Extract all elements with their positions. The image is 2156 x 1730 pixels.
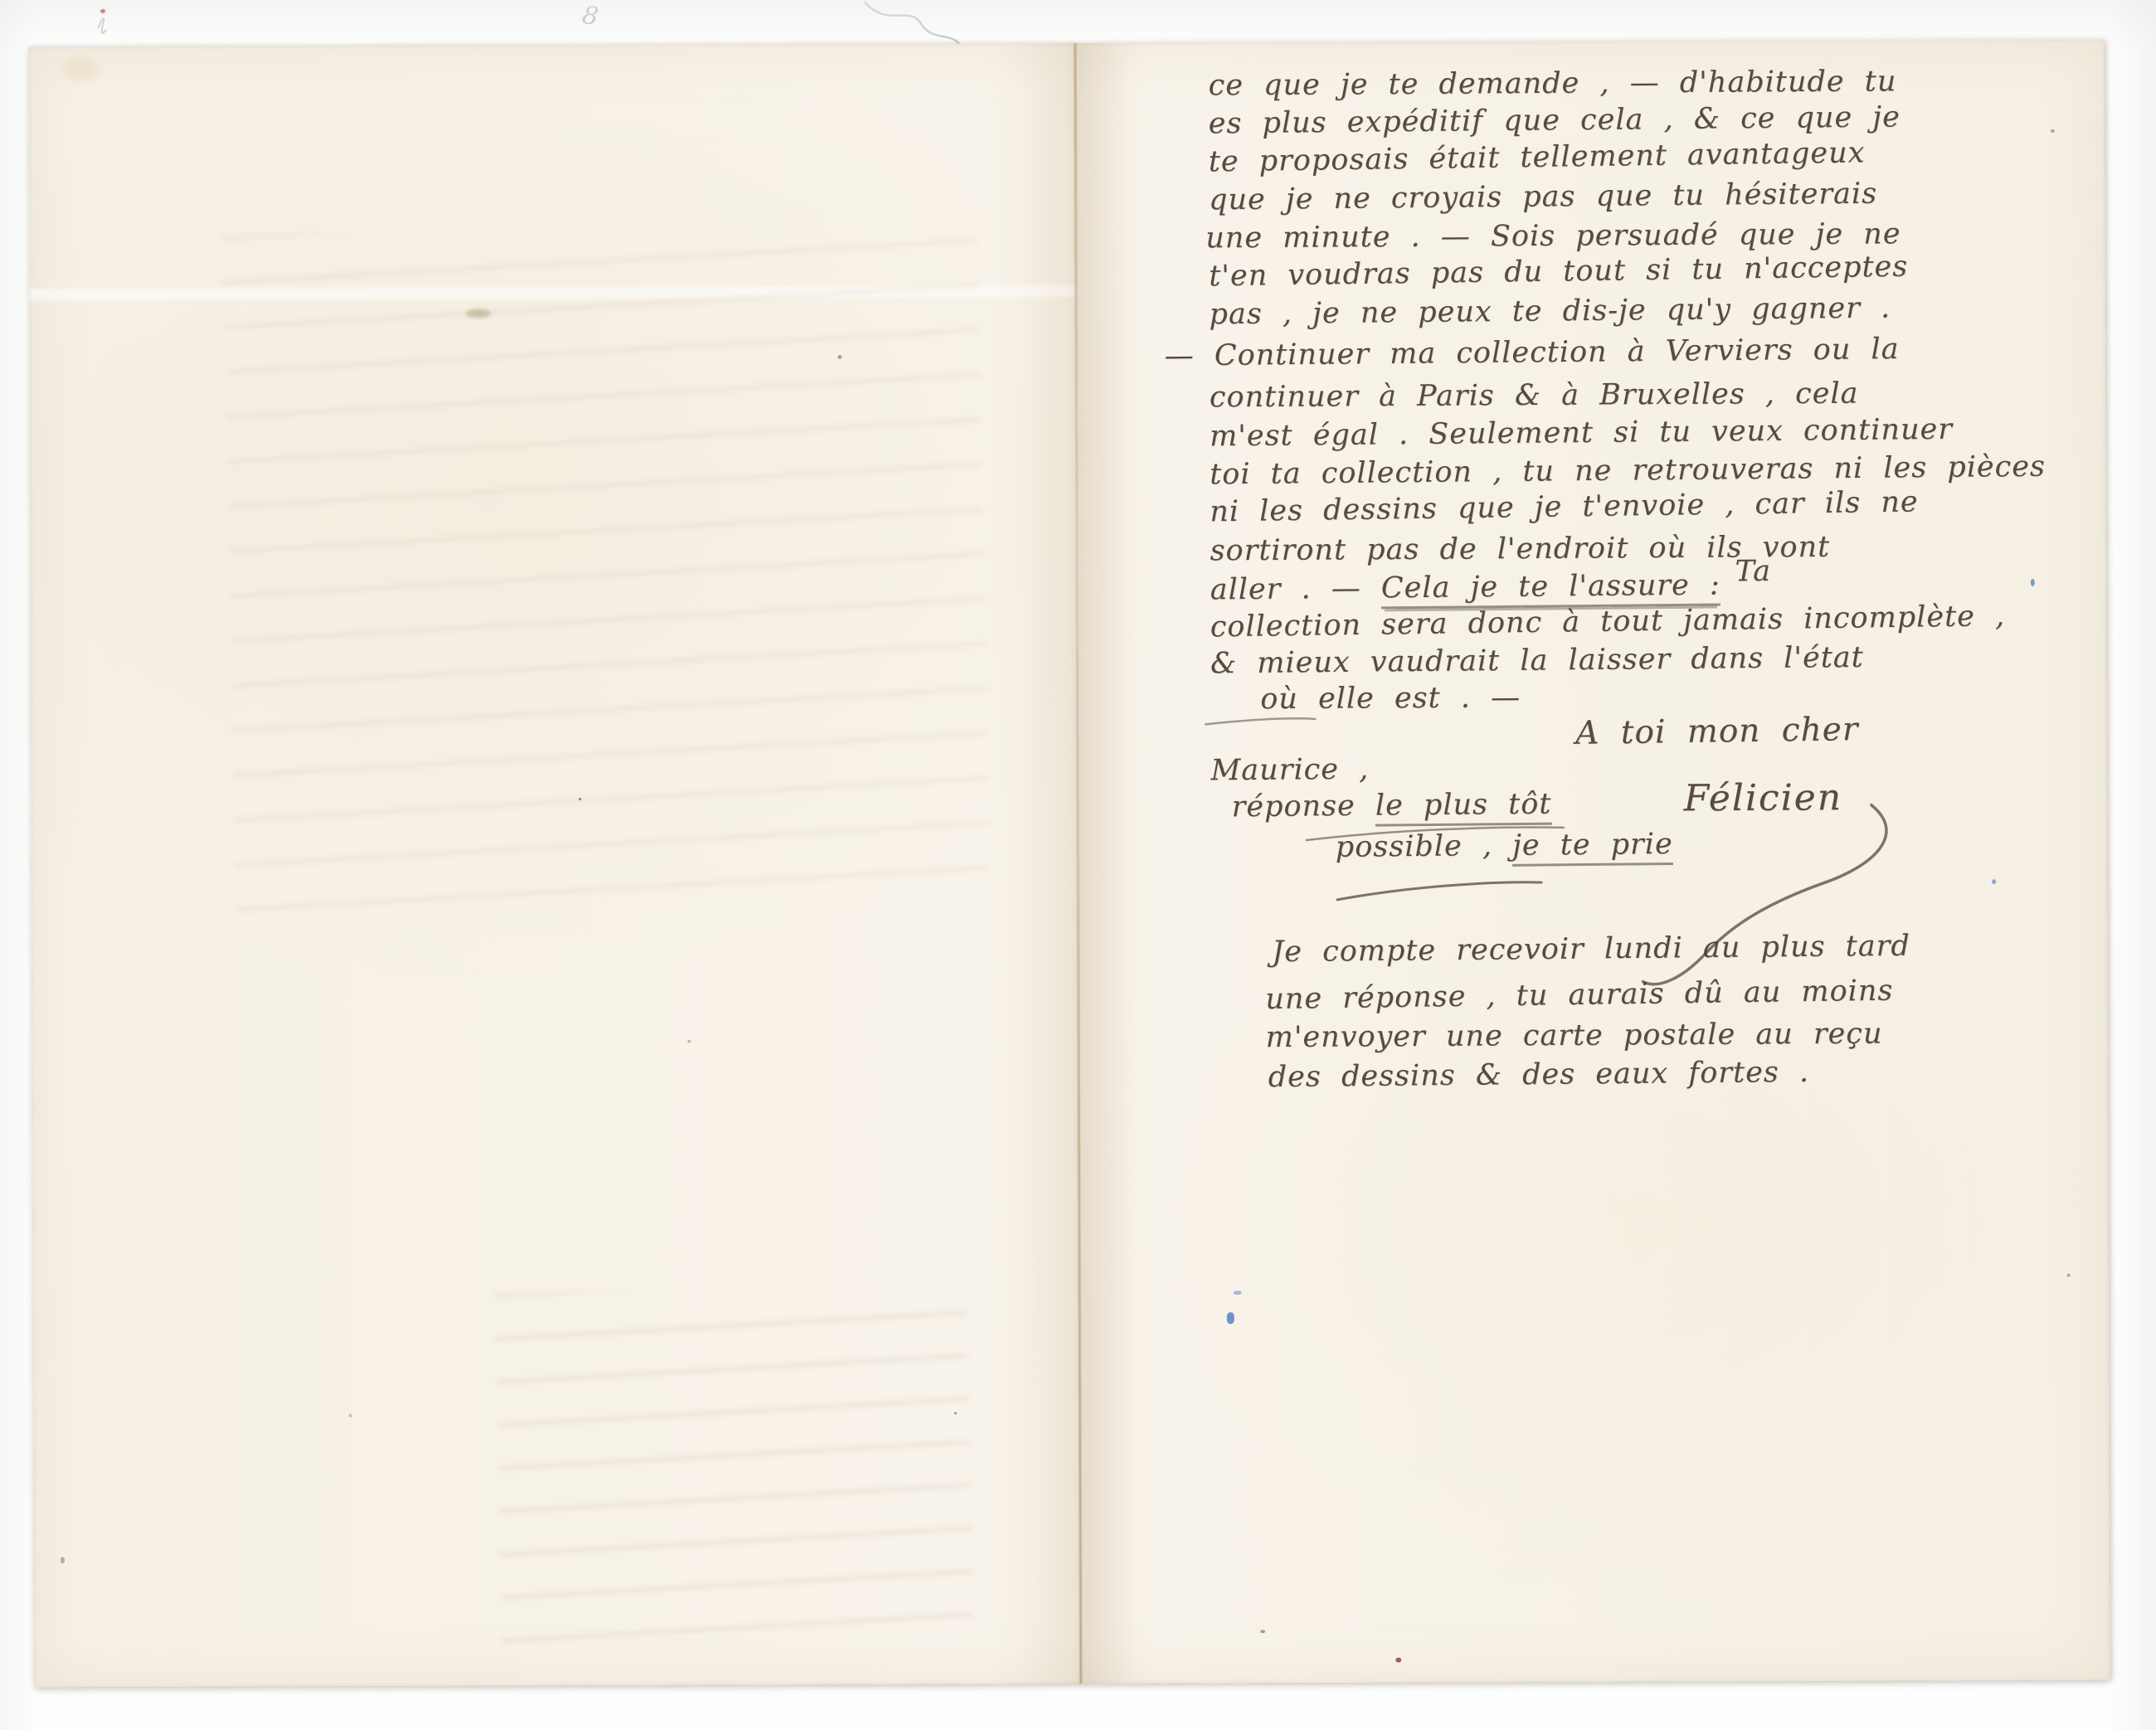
postscript-line: Je compte recevoir lundi au plus tard — [1272, 930, 1910, 969]
postscript-line: une réponse , tu aurais dû au moins — [1265, 974, 1894, 1017]
closing-possible-line: possible , je te prie — [1336, 828, 1673, 864]
fold-crease — [1074, 43, 1083, 1684]
letter-body: ce que je te demande , — d'habitude tu e… — [29, 40, 2105, 47]
blue-ink-speck — [2031, 579, 2035, 586]
letter-line: te proposais était tellement avantageux — [1209, 136, 1866, 178]
foxing-speck — [954, 1412, 956, 1414]
closing-salutation: A toi mon cher — [1575, 711, 1859, 752]
letter-line: t'en voudras pas du tout si tu n'accepte… — [1209, 250, 1908, 294]
purple-speck — [61, 1557, 65, 1563]
foxing-speck — [2067, 1274, 2071, 1277]
foxing-speck — [688, 1040, 691, 1043]
underlined-phrase: Cela je te l'assure : — [1381, 569, 1720, 610]
ink-speck-dark — [1260, 1630, 1265, 1633]
signature: Félicien — [1684, 776, 1843, 819]
stain — [62, 58, 99, 80]
scan-streak — [30, 285, 1077, 300]
ink-smudge — [466, 309, 491, 318]
blue-ink-speck — [1234, 1290, 1242, 1295]
paper: ce que je te demande , — d'habitude tu e… — [29, 40, 2110, 1688]
bleedthrough-text — [222, 220, 991, 924]
letter-line: toi ta collection , tu ne retrouveras ni… — [1209, 450, 2046, 492]
letter-line: aller . — Cela je te l'assure :Ta — [1210, 568, 1772, 606]
letter-line: & mieux vaudrait la laisser dans l'état — [1210, 641, 1864, 681]
foxing-speck — [838, 355, 842, 359]
pencil-annotation: 8 — [580, 1, 600, 32]
red-speck — [100, 9, 105, 13]
letter-line: une minute . — Sois persuadé que je ne — [1205, 217, 1900, 255]
letter-line: es plus expéditif que cela , & ce que je — [1209, 100, 1900, 140]
underlined-phrase: je te prie — [1512, 828, 1673, 867]
foxing-speck — [348, 1414, 352, 1417]
letter-line: que je ne croyais pas que tu hésiterais — [1209, 177, 1877, 217]
underlined-phrase: le plus tôt — [1375, 788, 1552, 827]
foxing-speck — [2051, 129, 2055, 133]
foxing-speck — [579, 798, 582, 800]
letter-line: où elle est . — — [1260, 681, 1521, 716]
closing-recipient: Maurice , — [1210, 753, 1369, 788]
scan: 8 ce que je te demande , — d'habitude tu… — [0, 0, 2156, 1730]
letter-line: ni les dessins que je t'envoie , car ils… — [1209, 485, 1919, 528]
ink-speck-dark — [1395, 1658, 1401, 1663]
line-pre: réponse — [1231, 790, 1375, 824]
line-post: Ta — [1735, 555, 1771, 588]
letter-line: m'est égal . Seulement si tu veux contin… — [1209, 413, 1953, 454]
blue-ink-speck — [1992, 879, 1996, 884]
letter-line: collection sera donc à tout jamais incom… — [1210, 600, 2006, 644]
blue-ink-speck — [1227, 1312, 1234, 1324]
postscript-line: m'envoyer une carte postale au reçu — [1266, 1018, 1883, 1055]
line-pre: aller . — — [1210, 571, 1382, 606]
letter-line: ce que je te demande , — d'habitude tu — [1209, 65, 1897, 102]
postscript-line: des dessins & des eaux fortes . — [1268, 1056, 1810, 1094]
letter-line: pas , je ne peux te dis-je qu'y gagner . — [1209, 292, 1891, 332]
letter-line: — Continuer ma collection à Verviers ou … — [1165, 333, 1900, 373]
line-pre: possible , — [1336, 829, 1513, 864]
bleedthrough-text — [494, 1283, 975, 1658]
letter-line: continuer à Paris & à Bruxelles , cela — [1209, 377, 1859, 415]
closing-reply-line: réponse le plus tôt — [1231, 788, 1551, 824]
